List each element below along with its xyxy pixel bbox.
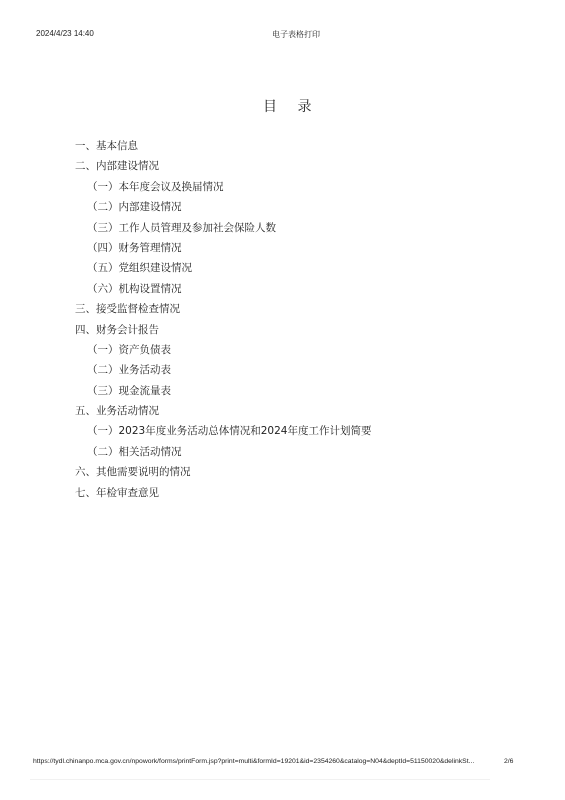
page-number: 2/6 <box>504 758 513 765</box>
print-page-title: 电子表格打印 <box>272 29 320 40</box>
toc-item-financial-management: （四）财务管理情况 <box>0 238 565 258</box>
toc-item-party-organization: （五）党组织建设情况 <box>0 258 565 278</box>
toc-item-business-activities: 五、业务活动情况 <box>0 401 565 421</box>
toc-heading: 目 录 <box>263 96 319 116</box>
toc-item-annual-review: 七、年检审查意见 <box>0 483 565 503</box>
toc-item-basic-info: 一、基本信息 <box>0 136 565 156</box>
print-datetime: 2024/4/23 14:40 <box>36 29 94 38</box>
page-url: https://tydl.chinanpo.mca.gov.cn/npowork… <box>33 758 474 765</box>
toc-item-meetings-elections: （一）本年度会议及换届情况 <box>0 177 565 197</box>
footer-divider <box>30 779 490 780</box>
toc-item-other-notes: 六、其他需要说明的情况 <box>0 462 565 482</box>
toc-item-org-structure: （六）机构设置情况 <box>0 279 565 299</box>
toc-item-cash-flow: （三）现金流量表 <box>0 381 565 401</box>
toc-item-supervision: 三、接受监督检查情况 <box>0 299 565 319</box>
toc-item-internal-construction: 二、内部建设情况 <box>0 156 565 176</box>
toc-item-annual-summary-plan: （一）2023年度业务活动总体情况和2024年度工作计划简要 <box>0 421 565 441</box>
toc-item-staff-insurance: （三）工作人员管理及参加社会保险人数 <box>0 218 565 238</box>
toc-item-balance-sheet: （一）资产负债表 <box>0 340 565 360</box>
toc-item-internal-construction-detail: （二）内部建设情况 <box>0 197 565 217</box>
toc-item-financial-report: 四、财务会计报告 <box>0 320 565 340</box>
toc-item-related-activities: （二）相关活动情况 <box>0 442 565 462</box>
table-of-contents: 一、基本信息 二、内部建设情况 （一）本年度会议及换届情况 （二）内部建设情况 … <box>0 136 565 503</box>
toc-item-activity-statement: （二）业务活动表 <box>0 360 565 380</box>
